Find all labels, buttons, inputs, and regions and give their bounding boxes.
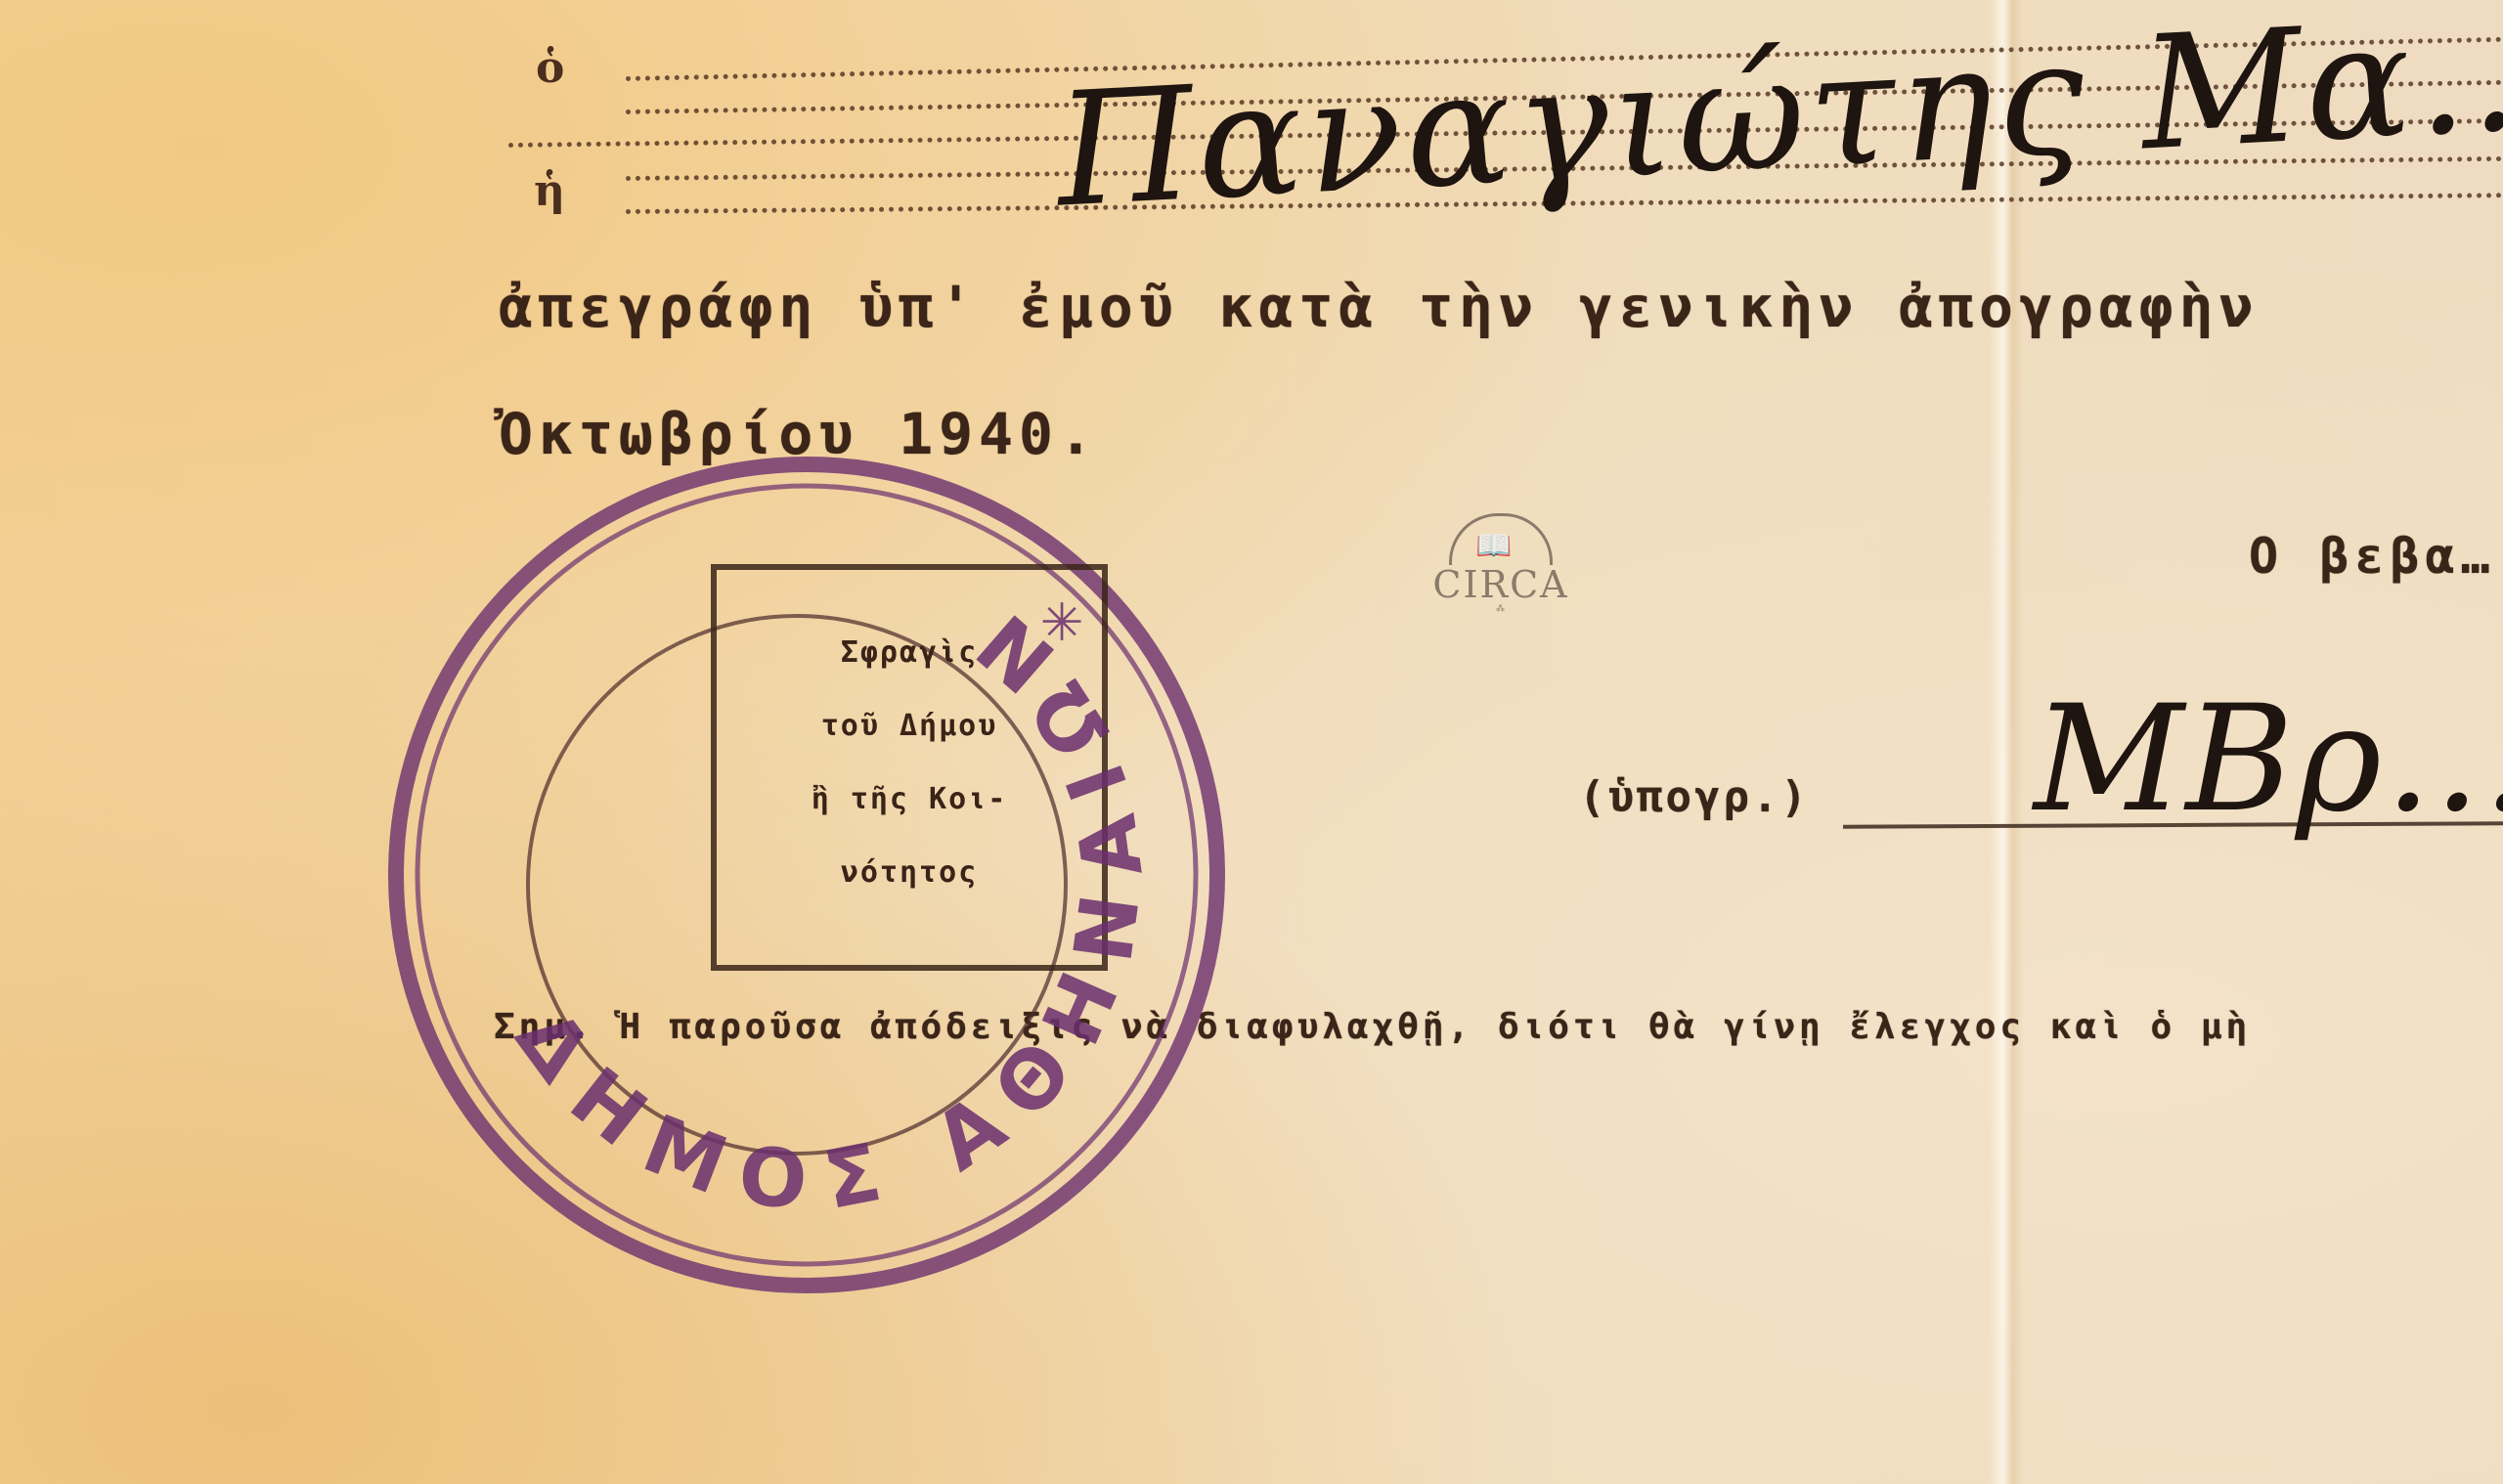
stamp-box-line-2: τοῦ Δήμου	[733, 709, 1085, 743]
signature-label: (ὑπογρ.)	[1579, 772, 1810, 822]
stamp-box-line-4: νότητος	[733, 855, 1085, 890]
handwritten-signature: ΜΒρ…	[2034, 675, 2503, 845]
circa-watermark: 📖 CIRCA ⁂	[1427, 513, 1574, 614]
stamp-box-line-1: Σφραγὶς	[733, 635, 1085, 670]
open-book-icon: 📖	[1475, 532, 1512, 561]
line-marker-feminine: ἡ	[534, 166, 565, 216]
municipal-stamp: ΔΗΜΟΣ ΑΘΗΝΑΙΩΝ ✳ Σφραγὶς τοῦ Δήμου ἢ τῆς…	[367, 445, 1247, 1305]
line-marker-masculine: ὁ	[536, 43, 564, 93]
certifier-label: Ο βεβα…	[2249, 528, 2496, 585]
handwritten-name: Παναγιώτης Μα…	[1052, 0, 2503, 242]
stamp-box-line-3: ἢ τῆς Κοι-	[733, 782, 1085, 816]
body-line-1: ἀπεγράφη ὑπ' ἐμοῦ κατὰ τὴν γενικὴν ἀπογρ…	[499, 274, 2259, 340]
svg-text:ΔΗΜΟΣ ΑΘΗΝΑΙΩΝ: ΔΗΜΟΣ ΑΘΗΝΑΙΩΝ	[497, 579, 1162, 1229]
watermark-brand: CIRCA	[1427, 565, 1574, 604]
paper-fold	[1990, 0, 2023, 1484]
